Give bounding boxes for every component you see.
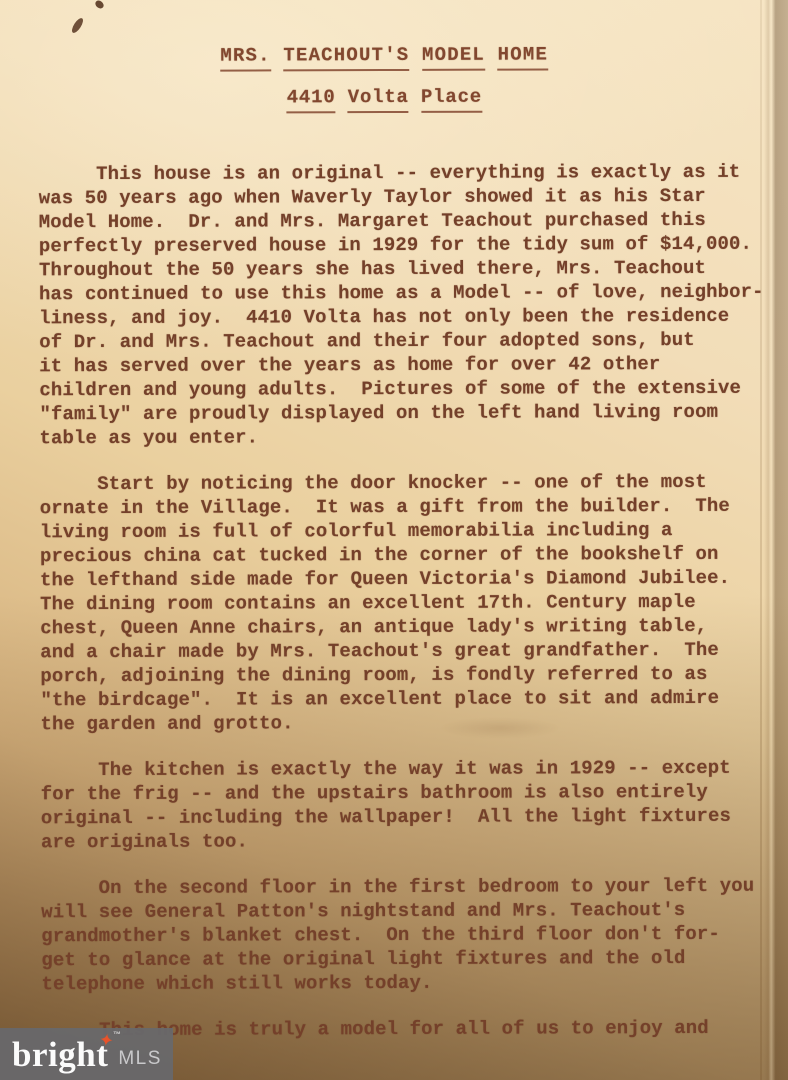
text-line: ornate in the Village. It was a gift fro…	[40, 494, 765, 521]
title-word: MRS.	[220, 44, 271, 71]
text-line: telephone which still works today.	[41, 970, 766, 997]
text-line: Start by noticing the door knocker -- on…	[40, 470, 765, 497]
document-subtitle: 4410 Volta Place	[0, 85, 778, 110]
text-line: perfectly preserved house in 1929 for th…	[39, 232, 764, 259]
trademark-symbol: ™	[113, 1031, 122, 1039]
ink-speck	[70, 16, 85, 34]
ink-speck	[94, 0, 105, 10]
text-line: will see General Patton's nightstand and…	[41, 898, 766, 925]
text-line: it has served over the years as home for…	[39, 352, 764, 379]
brightmls-watermark: bright ✦ ™ MLS	[0, 1028, 173, 1080]
brightmls-logo: bright ✦ ™	[12, 1037, 108, 1072]
text-line: the garden and grotto.	[40, 710, 765, 737]
title-word: 4410	[287, 86, 336, 113]
title-word: MODEL	[422, 44, 485, 71]
brightmls-suffix-text: MLS	[118, 1038, 162, 1070]
text-line: chest, Queen Anne chairs, an antique lad…	[40, 614, 765, 641]
text-line: Model Home. Dr. and Mrs. Margaret Teacho…	[39, 208, 764, 235]
text-line: grandmother's blanket chest. On the thir…	[41, 922, 766, 949]
text-line: This house is an original -- everything …	[39, 160, 764, 187]
text-line: liness, and joy. 4410 Volta has not only…	[39, 304, 764, 331]
scanned-document-page: MRS. TEACHOUT'S MODEL HOME 4410 Volta Pl…	[0, 0, 788, 1080]
text-line: are originals too.	[41, 828, 766, 855]
typed-body: This house is an original -- everything …	[39, 160, 767, 1065]
paragraph: On the second floor in the first bedroom…	[41, 874, 766, 997]
text-line: The dining room contains an excellent 17…	[40, 590, 765, 617]
paragraph: This house is an original -- everything …	[39, 160, 765, 451]
text-line: porch, adjoining the dining room, is fon…	[40, 662, 765, 689]
text-line: "family" are proudly displayed on the le…	[39, 400, 764, 427]
text-line: children and young adults. Pictures of s…	[39, 376, 764, 403]
text-line: of Dr. and Mrs. Teachout and their four …	[39, 328, 764, 355]
text-line: get to glance at the original light fixt…	[41, 946, 766, 973]
text-line: was 50 years ago when Waverly Taylor sho…	[39, 184, 764, 211]
title-word: HOME	[498, 43, 549, 70]
text-line: Throughout the 50 years she has lived th…	[39, 256, 764, 283]
text-line: "the birdcage". It is an excellent place…	[40, 686, 765, 713]
text-line: living room is full of colorful memorabi…	[40, 518, 765, 545]
document-title: MRS. TEACHOUT'S MODEL HOME	[0, 43, 778, 68]
typed-content: MRS. TEACHOUT'S MODEL HOME 4410 Volta Pl…	[0, 0, 788, 1]
paragraph: Start by noticing the door knocker -- on…	[40, 470, 766, 737]
paragraph: The kitchen is exactly the way it was in…	[41, 756, 766, 855]
page-edge-shadow	[764, 0, 788, 1080]
title-word: Volta	[348, 86, 409, 113]
brightmls-brand-text: bright	[12, 1035, 108, 1074]
title-word: Place	[421, 86, 482, 113]
text-line: has continued to use this home as a Mode…	[39, 280, 764, 307]
text-line: original -- including the wallpaper! All…	[41, 804, 766, 831]
title-word: TEACHOUT'S	[283, 44, 409, 71]
text-line: and a chair made by Mrs. Teachout's grea…	[40, 638, 765, 665]
text-line: the lefthand side made for Queen Victori…	[40, 566, 765, 593]
text-line: On the second floor in the first bedroom…	[41, 874, 766, 901]
text-line: The kitchen is exactly the way it was in…	[41, 756, 766, 783]
text-line: for the frig -- and the upstairs bathroo…	[41, 780, 766, 807]
text-line: table as you enter.	[39, 424, 764, 451]
text-line: precious china cat tucked in the corner …	[40, 542, 765, 569]
